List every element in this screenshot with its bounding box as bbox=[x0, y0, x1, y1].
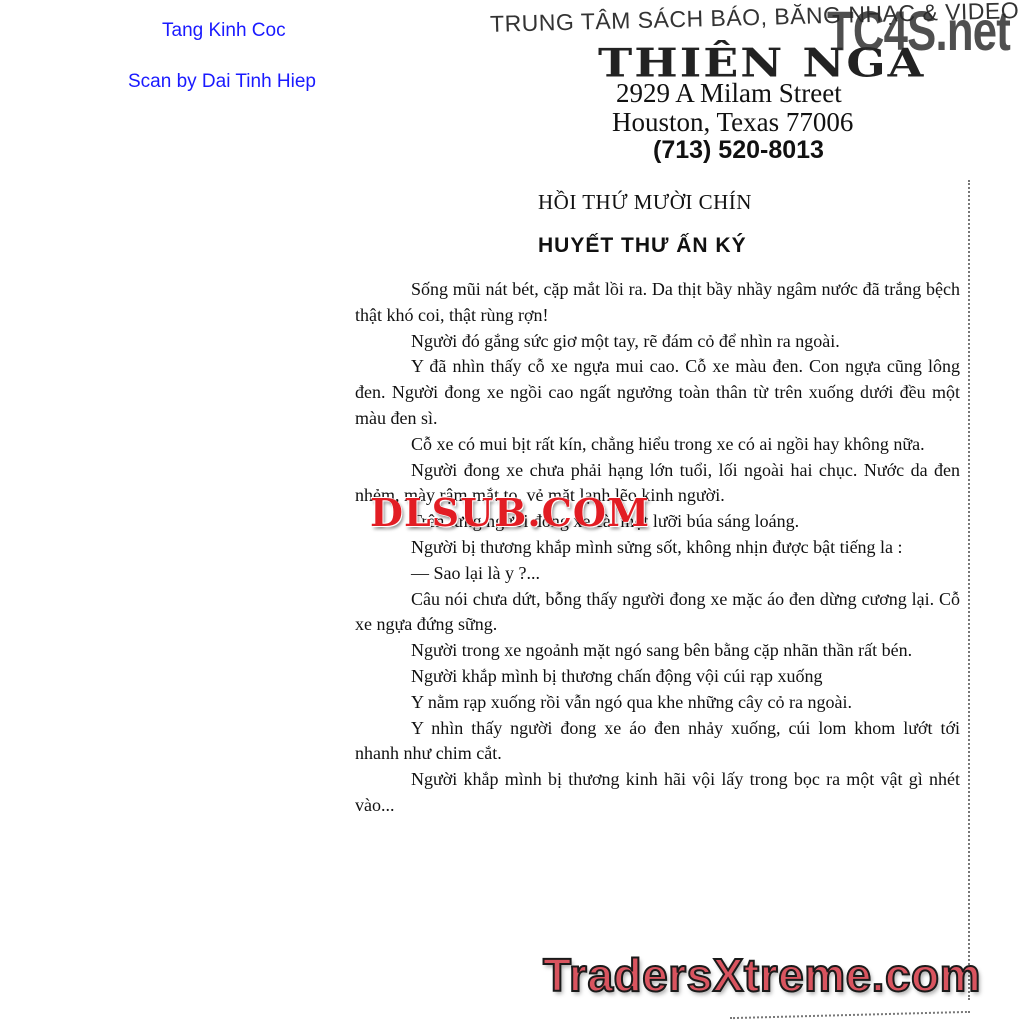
paragraph: Người khắp mình bị thương chấn động vội … bbox=[355, 664, 960, 690]
credit-scanner: Scan by Dai Tinh Hiep bbox=[128, 71, 316, 93]
paragraph: Y nằm rạp xuống rồi vẫn ngó qua khe nhữn… bbox=[355, 690, 960, 716]
watermark-tc4s: TC4S.net bbox=[827, 0, 1010, 63]
credit-title: Tang Kinh Coc bbox=[162, 20, 286, 42]
paragraph: Sống mũi nát bét, cặp mắt lồi ra. Da thị… bbox=[355, 277, 960, 329]
paragraph: Người khắp mình bị thương kinh hãi vội l… bbox=[355, 767, 960, 819]
bookstore-phone: (713) 520-8013 bbox=[653, 136, 824, 165]
page-edge-rule bbox=[968, 180, 971, 1000]
paragraph: Cỗ xe có mui bịt rất kín, chẳng hiểu tro… bbox=[355, 432, 960, 458]
bookstore-address-line1: 2929 A Milam Street bbox=[616, 78, 842, 109]
chapter-title: HUYẾT THƯ ẤN KÝ bbox=[538, 234, 747, 258]
paragraph: Y đã nhìn thấy cỗ xe ngựa mui cao. Cỗ xe… bbox=[355, 354, 960, 431]
chapter-number: HỒI THỨ MƯỜI CHÍN bbox=[538, 190, 752, 215]
paragraph: Câu nói chưa dứt, bỗng thấy người đong x… bbox=[355, 587, 960, 639]
paragraph: Người bị thương khắp mình sửng sốt, khôn… bbox=[355, 535, 960, 561]
chapter-body: Sống mũi nát bét, cặp mắt lồi ra. Da thị… bbox=[355, 277, 960, 819]
watermark-dlsub: DLSUB.COM bbox=[370, 490, 650, 535]
paragraph: Người trong xe ngoảnh mặt ngó sang bên b… bbox=[355, 638, 960, 664]
paragraph: — Sao lại là y ?... bbox=[355, 561, 960, 587]
paragraph: Người đó gắng sức giơ một tay, rẽ đám cỏ… bbox=[355, 329, 960, 355]
page-bottom-rule bbox=[730, 1011, 970, 1020]
watermark-tradersxtreme: TradersXtreme.com bbox=[543, 948, 981, 1002]
paragraph: Y nhìn thấy người đong xe áo đen nhảy xu… bbox=[355, 716, 960, 768]
bookstore-address-line2: Houston, Texas 77006 bbox=[612, 107, 853, 138]
